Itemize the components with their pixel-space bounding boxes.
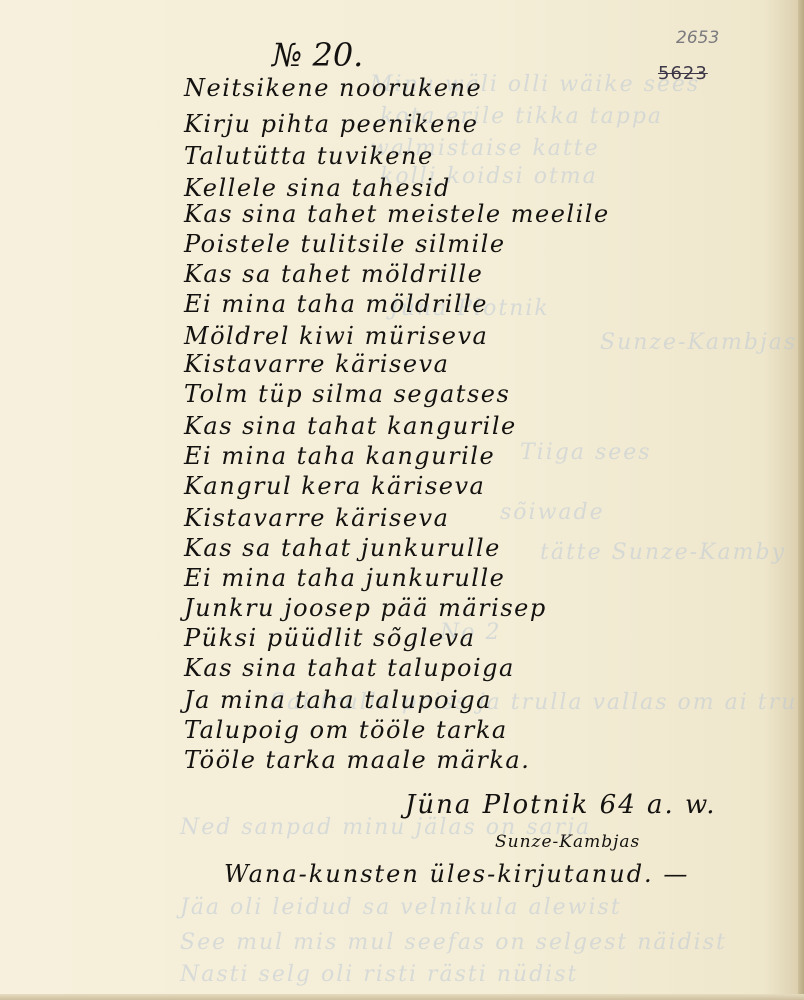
song-line: Talutütta tuvikene xyxy=(184,142,434,170)
singer-signature: Jüna Plotnik 64 a. w. xyxy=(405,790,716,820)
show-through-text: Nasti selg oli risti rästi nüdist xyxy=(180,962,578,987)
song-line: Junkru joosep pää märisep xyxy=(184,594,547,622)
page-edge xyxy=(798,0,804,1000)
song-line: Neitsikene noorukene xyxy=(184,74,482,102)
show-through-text: Tiiga sees xyxy=(520,440,652,465)
song-line: Möldrel kiwi müriseva xyxy=(184,322,488,350)
song-line: Püksi püüdlit sõgleva xyxy=(184,624,475,652)
song-line: Kas sina tahet meistele meelile xyxy=(184,200,610,228)
song-line: Kas sina tahat talupoiga xyxy=(184,654,515,682)
song-line: Kas sina tahat kangurile xyxy=(184,412,517,440)
song-line: Kistavarre käriseva xyxy=(184,504,449,532)
song-line: Kangrul kera käriseva xyxy=(184,472,485,500)
song-line: Tolm tüp silma segatses xyxy=(184,380,510,408)
song-line: Ei mina taha möldrille xyxy=(184,290,488,318)
song-line: Talupoig om tööle tarka xyxy=(184,716,508,744)
show-through-text: sõiwade xyxy=(500,500,605,525)
archive-number: 2653 xyxy=(676,28,719,48)
song-line: Kirju pihta peenikene xyxy=(184,110,479,138)
song-line: Tööle tarka maale märka. xyxy=(184,746,530,774)
collector-note: Wana-kunsten üles-kirjutanud. — xyxy=(224,860,689,888)
show-through-text: Sunze-Kambjas xyxy=(600,330,797,355)
show-through-text: tätte Sunze-Kamby xyxy=(540,540,786,565)
song-line: Ei mina taha junkurulle xyxy=(184,564,505,592)
song-line: Kas sa tahet möldrille xyxy=(184,260,483,288)
song-line: Kellele sina tahesid xyxy=(184,174,451,202)
place-name: Sunze-Kambjas xyxy=(495,832,640,852)
song-line: Ei mina taha kangurile xyxy=(184,442,495,470)
song-line: Kistavarre käriseva xyxy=(184,350,449,378)
archive-number-struck: 5623 xyxy=(658,63,708,84)
song-line: Ja mina taha talupoiga xyxy=(184,686,492,714)
song-line: Poistele tulitsile silmile xyxy=(184,230,506,258)
manuscript-page: Minu wäli olli wäike sees kota erile tik… xyxy=(0,0,804,1000)
page-bottom-edge xyxy=(0,994,804,1000)
show-through-text: See mul mis mul seefas on selgest näidis… xyxy=(180,930,727,955)
show-through-text: Jäa oli leidud sa velnikula alewist xyxy=(180,895,622,920)
song-number-heading: № 20. xyxy=(272,36,363,74)
song-line: Kas sa tahat junkurulle xyxy=(184,534,501,562)
